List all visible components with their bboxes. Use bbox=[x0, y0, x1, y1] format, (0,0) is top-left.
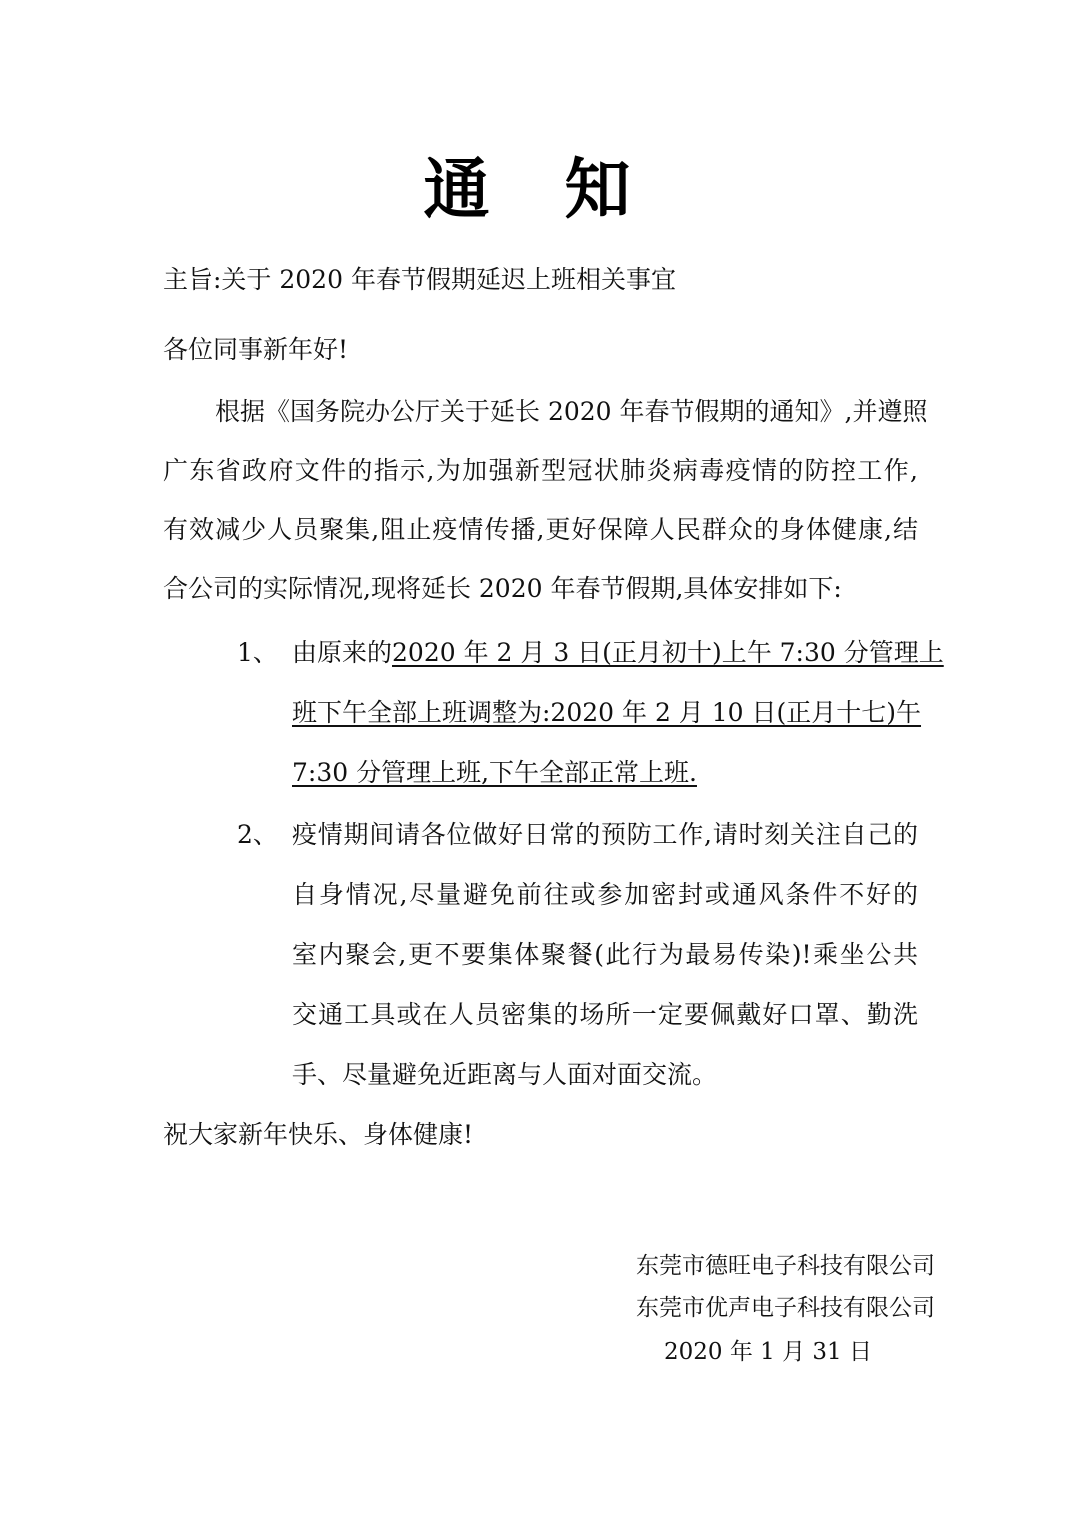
paragraph-line: 有效减少人员聚集,阻止疫情传播,更好保障人民群众的身体健康,结 bbox=[163, 513, 918, 572]
list-number: 1、 bbox=[237, 636, 278, 670]
paragraph-line: 合公司的实际情况,现将延长 2020 年春节假期,具体安排如下: bbox=[163, 572, 918, 631]
underlined-text: 7:30 分管理上班,下午全部正常上班. bbox=[292, 758, 697, 787]
list-line: 由原来的2020 年 2 月 3 日(正月初十)上午 7:30 分管理上 bbox=[292, 636, 918, 696]
signature-company-1: 东莞市德旺电子科技有限公司 bbox=[636, 1250, 935, 1282]
underlined-text: 班下午全部上班调整为:2020 年 2 月 10 日(正月十七)午 bbox=[292, 698, 921, 727]
paragraph-line: 广东省政府文件的指示,为加强新型冠状肺炎病毒疫情的防控工作, bbox=[163, 454, 918, 513]
intro-paragraph: 根据《国务院办公厅关于延长 2020 年春节假期的通知》,并遵照 广东省政府文件… bbox=[163, 395, 918, 631]
plain-text: 由原来的 bbox=[292, 638, 392, 667]
greeting: 各位同事新年好! bbox=[163, 333, 348, 367]
list-number: 2、 bbox=[237, 818, 278, 852]
signature-date: 2020 年 1 月 31 日 bbox=[664, 1336, 872, 1368]
underlined-text: 2020 年 2 月 3 日(正月初十)上午 7:30 分管理上 bbox=[392, 638, 944, 667]
list-line: 7:30 分管理上班,下午全部正常上班. bbox=[292, 756, 918, 816]
closing-line: 祝大家新年快乐、身体健康! bbox=[163, 1118, 473, 1152]
list-line: 交通工具或在人员密集的场所一定要佩戴好口罩、勤洗 bbox=[292, 998, 918, 1058]
document-title: 通 知 bbox=[0, 150, 1080, 230]
list-line: 疫情期间请各位做好日常的预防工作,请时刻关注自己的 bbox=[292, 818, 918, 878]
subject-line: 主旨:关于 2020 年春节假期延迟上班相关事宜 bbox=[163, 263, 676, 297]
list-line: 自身情况,尽量避免前往或参加密封或通风条件不好的 bbox=[292, 878, 918, 938]
list-line: 班下午全部上班调整为:2020 年 2 月 10 日(正月十七)午 bbox=[292, 696, 918, 756]
paragraph-line: 根据《国务院办公厅关于延长 2020 年春节假期的通知》,并遵照 bbox=[163, 395, 918, 454]
signature-company-2: 东莞市优声电子科技有限公司 bbox=[636, 1292, 935, 1324]
list-line: 室内聚会,更不要集体聚餐(此行为最易传染)!乘坐公共 bbox=[292, 938, 918, 998]
document-page: 通 知 主旨:关于 2020 年春节假期延迟上班相关事宜 各位同事新年好! 根据… bbox=[0, 0, 1080, 1527]
list-line: 手、尽量避免近距离与人面对面交流。 bbox=[292, 1058, 918, 1118]
